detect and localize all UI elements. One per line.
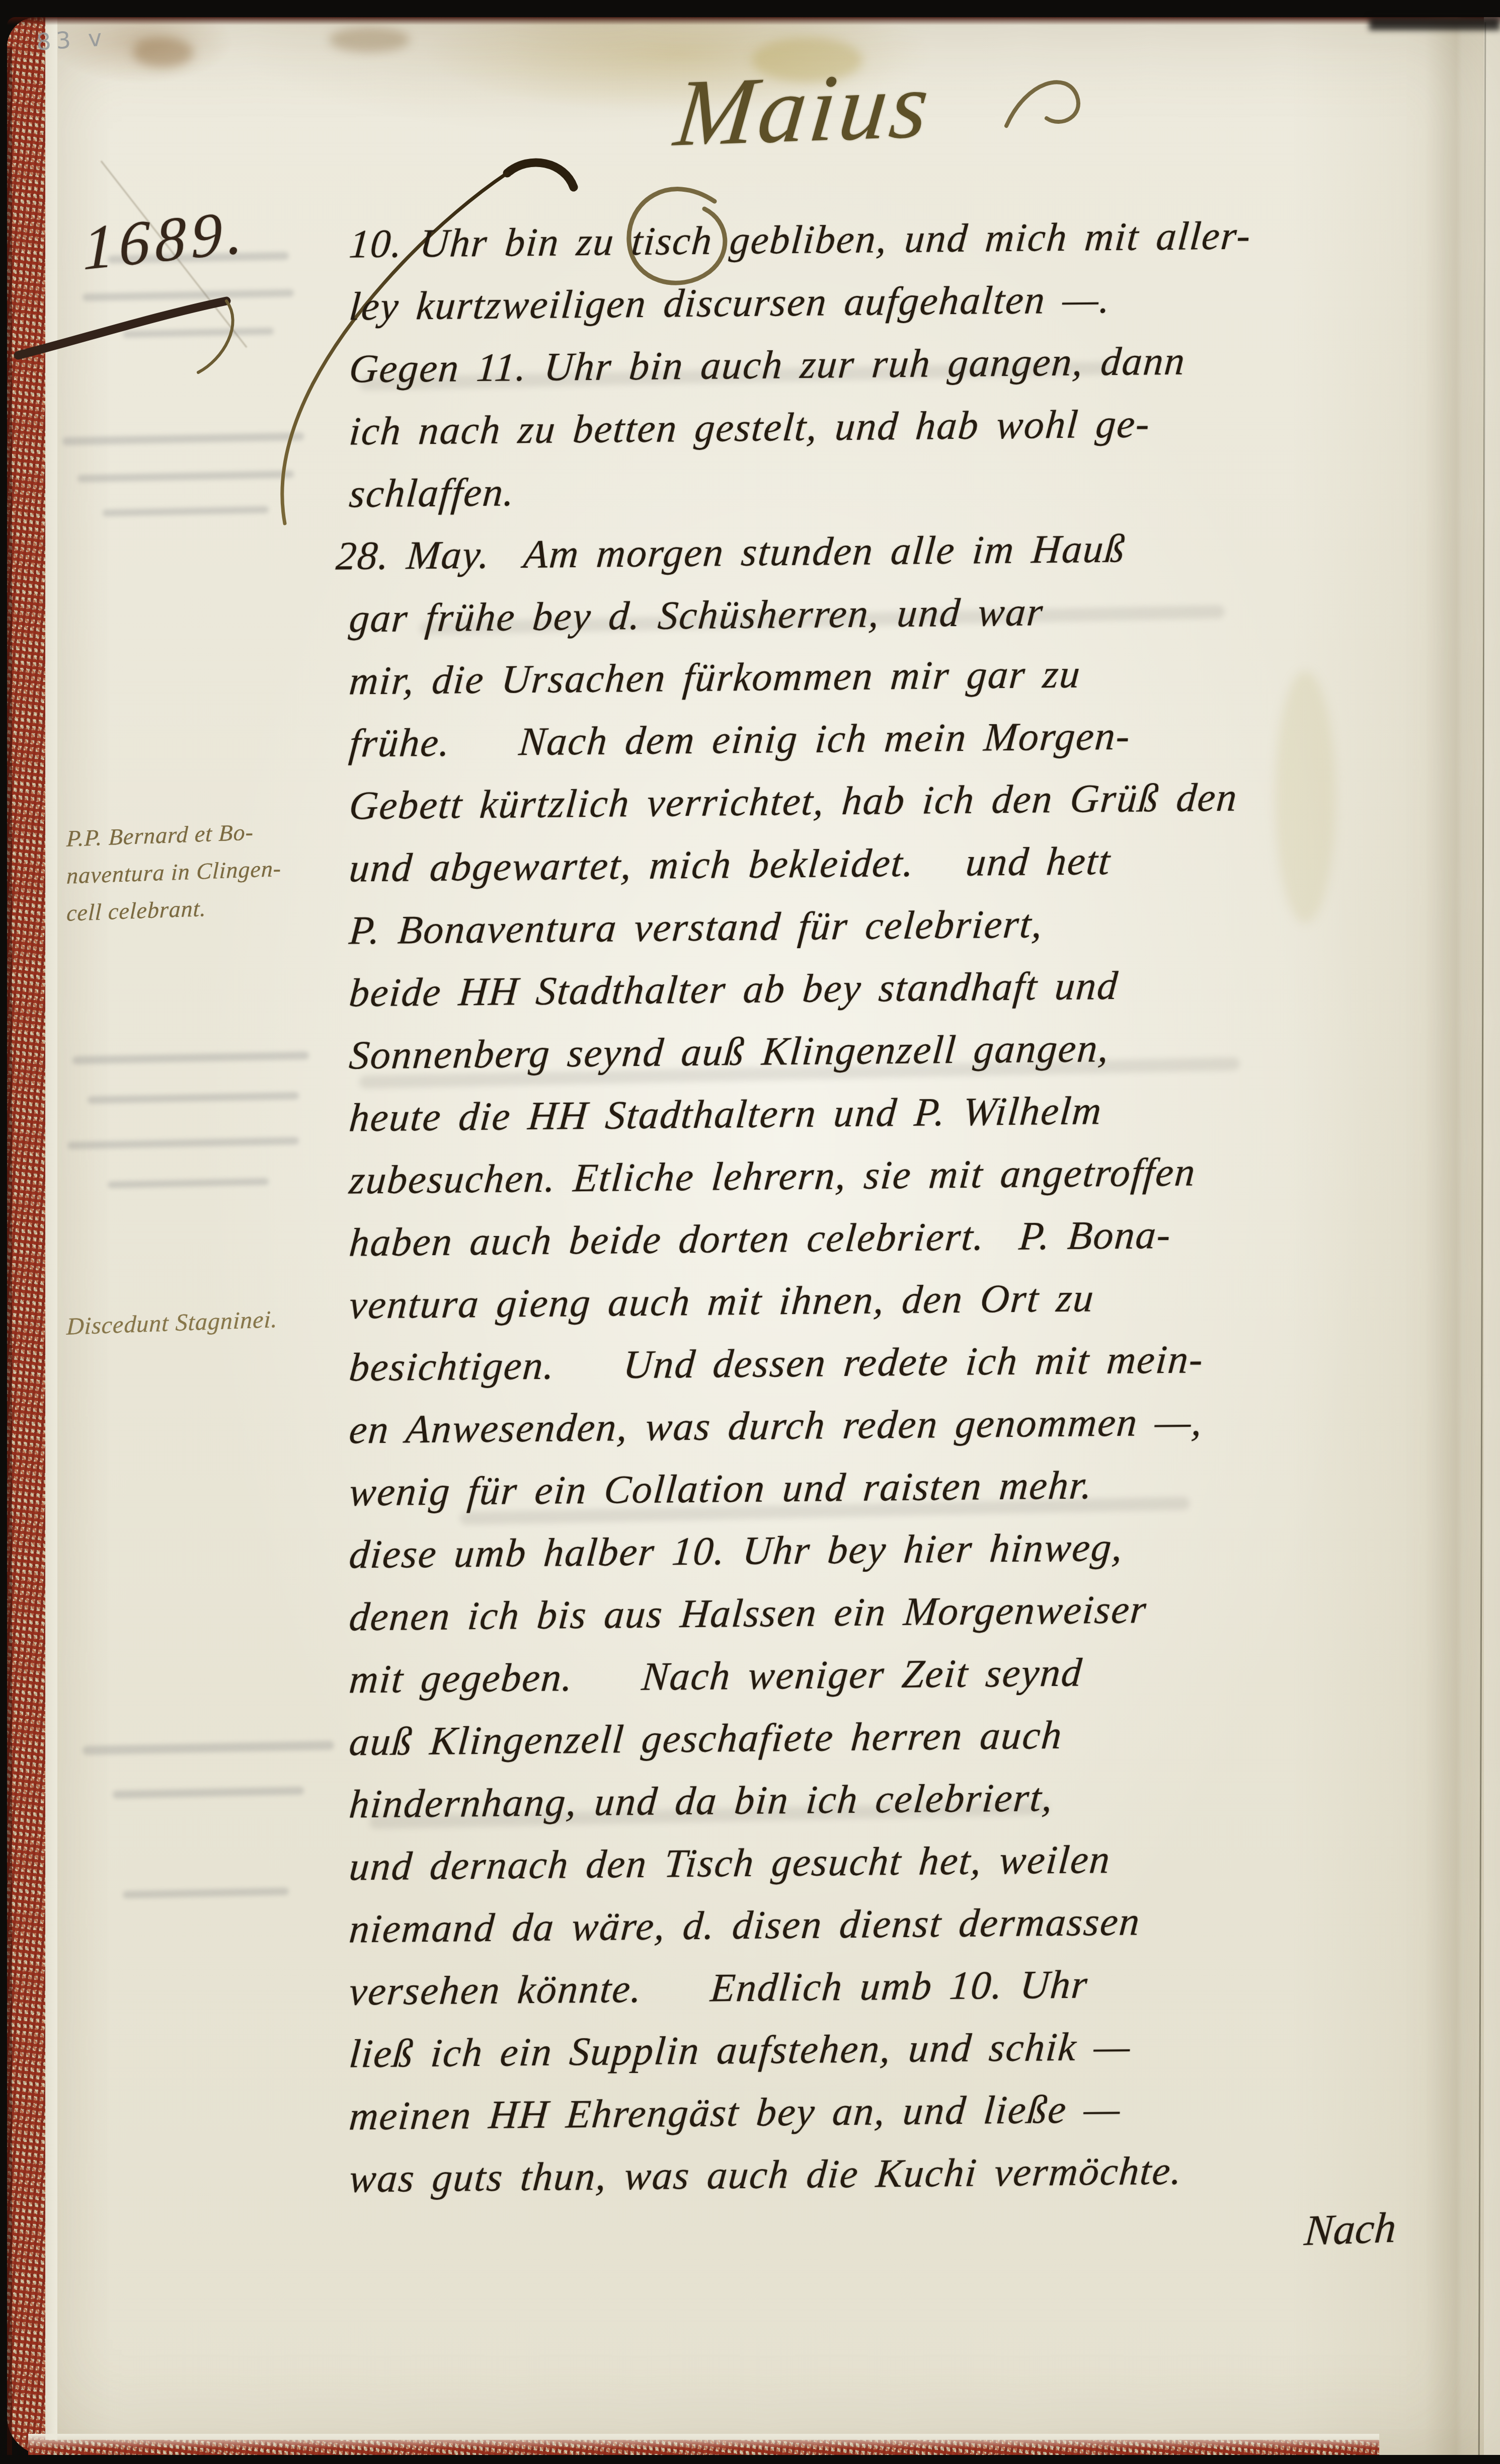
year-underline-flourish (10, 269, 252, 379)
manuscript-line: und abgewartet, mich bekleidet. und hett (347, 829, 1455, 898)
manuscript-line: meinen HH Ehrengäst bey an, und ließe — (347, 2077, 1455, 2146)
ink-bleedthrough (67, 1137, 299, 1149)
manuscript-line: ley kurtzweiligen discursen aufgehalten … (347, 268, 1455, 337)
facing-page-sliver (1484, 17, 1500, 2455)
ink-bleedthrough (72, 1051, 309, 1064)
manuscript-line: mit gegeben. Nach weniger Zeit seynd (347, 1641, 1455, 1710)
manuscript-line: beide HH Stadthalter ab bey standhaft un… (347, 954, 1455, 1023)
manuscript-line: Gegen 11. Uhr bin auch zur ruh gangen, d… (347, 330, 1455, 399)
manuscript-line: ich nach zu betten gestelt, und hab wohl… (347, 393, 1455, 461)
foxing-spot (133, 37, 193, 67)
folio-number: 83 v (35, 24, 108, 56)
month-title: Maius (671, 57, 936, 162)
manuscript-line: haben auch beide dorten celebriert. P. B… (347, 1204, 1455, 1273)
red-marbled-fore-edge-left (7, 17, 45, 2455)
manuscript-line: ließ ich ein Supplin aufstehen, und schi… (347, 2015, 1455, 2084)
ink-bleedthrough (83, 1741, 334, 1755)
manuscript-line: ventura gieng auch mit ihnen, den Ort zu (347, 1266, 1455, 1335)
ink-bleedthrough (113, 1787, 304, 1799)
manuscript-line: en Anwesenden, was durch reden genommen … (347, 1391, 1455, 1460)
manuscript-line: und dernach den Tisch gesucht het, weile… (347, 1828, 1455, 1897)
manuscript-page: 83 v Maius 1689. P.P. Bernard et Bo- nav… (7, 17, 1500, 2455)
manuscript-line: versehen könnte. Endlich umb 10. Uhr (347, 1953, 1455, 2022)
foxing-spot (329, 27, 410, 52)
manuscript-line: Sonnenberg seynd auß Klingenzell gangen, (347, 1017, 1455, 1086)
manuscript-line: was guts thun, was auch die Kuchi vermöc… (347, 2140, 1455, 2209)
manuscript-line: denen ich bis aus Halssen ein Morgenweis… (347, 1578, 1455, 1647)
margin-note-discedunt: Discedunt Stagninei. (66, 1298, 374, 1345)
ink-bleedthrough (88, 1092, 299, 1104)
stained-top-edge (7, 17, 1500, 25)
manuscript-line: mir, die Ursachen fürkommen mir gar zu (347, 642, 1455, 711)
manuscript-line: schlaffen. (347, 455, 1455, 524)
backdrop-corner-shadow (1369, 17, 1500, 30)
manuscript-line: P. Bonaventura verstand für celebriert, (347, 892, 1455, 961)
binding-shadow (7, 47, 12, 2455)
manuscript-line: wenig für ein Collation und raisten mehr… (347, 1453, 1455, 1522)
manuscript-line: frühe. Nach dem einig ich mein Morgen- (347, 705, 1455, 774)
ink-bleedthrough (108, 1178, 269, 1189)
manuscript-line: heute die HH Stadthaltern und P. Wilhelm (347, 1079, 1455, 1148)
manuscript-line: diese umb halber 10. Uhr bey hier hinweg… (347, 1516, 1455, 1585)
ink-bleedthrough (123, 1888, 289, 1899)
manuscript-line: Gebett kürtzlich verrichtet, hab ich den… (347, 767, 1455, 836)
manuscript-line: hindernhang, und da bin ich celebriert, (347, 1765, 1455, 1834)
manuscript-line: 28. May. Am morgen stunden alle im Hauß (334, 517, 1442, 586)
catchword: Nach (1152, 2202, 1398, 2261)
manuscript-line: besichtigen. Und dessen redete ich mit m… (347, 1329, 1455, 1398)
manuscript-line: auß Klingenzell geschafiete herren auch (347, 1703, 1455, 1772)
manuscript-line: zubesuchen. Etliche lehrern, sie mit ang… (347, 1141, 1455, 1210)
page-edge-fade-bottom (28, 2434, 1379, 2455)
photograph-backdrop: 83 v Maius 1689. P.P. Bernard et Bo- nav… (0, 0, 1500, 2464)
manuscript-line: 10. Uhr bin zu tisch gebliben, und mich … (347, 205, 1455, 274)
manuscript-line: niemand da wäre, d. disen dienst dermass… (347, 1890, 1455, 1959)
manuscript-line: gar frühe bey d. Schüsherren, und war (347, 580, 1455, 649)
